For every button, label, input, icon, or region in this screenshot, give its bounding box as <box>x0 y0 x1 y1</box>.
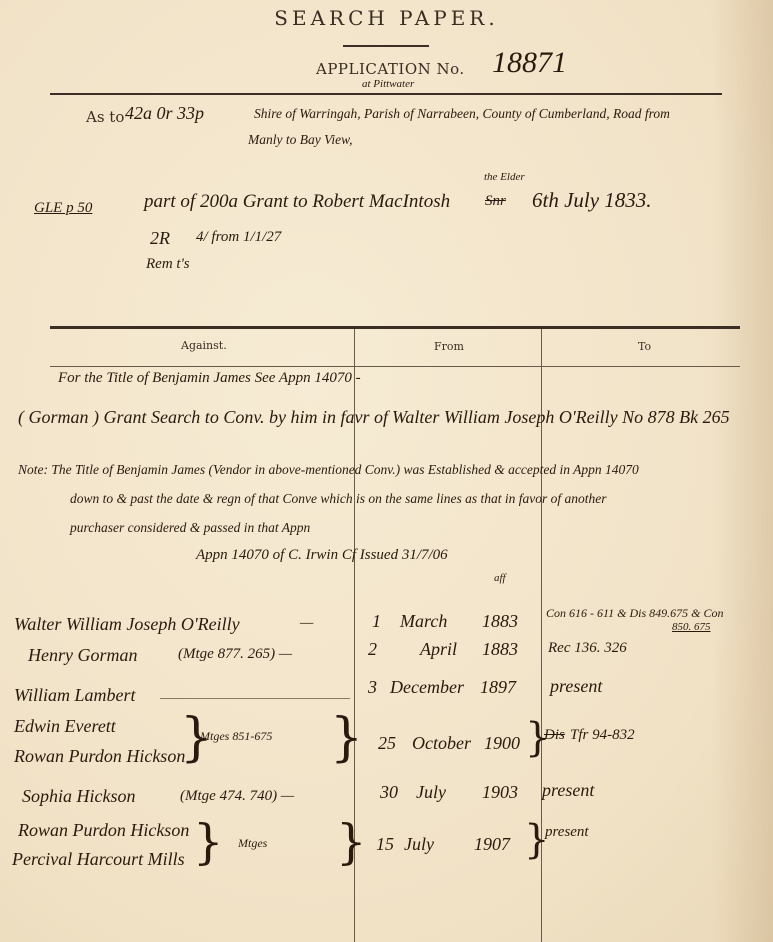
row-extra: — <box>300 615 313 632</box>
row-to: present <box>550 676 602 697</box>
row-extra: Mtges <box>238 836 267 851</box>
row-to: present <box>542 780 594 801</box>
note-line: purchaser considered & passed in that Ap… <box>70 520 310 536</box>
row-from-day: 25 <box>378 733 396 754</box>
table-top-rule <box>50 326 740 329</box>
row-to: Rec 136. 326 <box>548 640 627 657</box>
row-from-month: December <box>390 677 464 698</box>
column-header-to: To <box>638 340 651 353</box>
page-title: SEARCH PAPER. <box>0 6 773 30</box>
reference-line2-left: 2R <box>150 228 170 249</box>
note-line: down to & past the date & regn of that C… <box>70 491 606 507</box>
row-extra: Mtges 851-675 <box>200 729 272 744</box>
row-from-year: 1907 <box>474 834 510 855</box>
as-to-label: As to <box>86 108 124 126</box>
as-to-description-line1: Shire of Warringah, Parish of Narrabeen,… <box>254 106 670 122</box>
row-against: William Lambert <box>14 685 136 706</box>
as-to-area: 42a 0r 33p <box>125 103 204 124</box>
grant-struck: Snr <box>485 193 506 210</box>
application-location-note: at Pittwater <box>362 78 414 90</box>
row-to-struck: Dis <box>544 727 565 744</box>
row-from-year: 1897 <box>480 677 516 698</box>
grant-date: 6th July 1833. <box>532 188 652 213</box>
column-header-from: From <box>434 340 464 353</box>
row-against-2: Percival Harcourt Mills <box>12 849 185 870</box>
brace-right: } <box>330 712 363 764</box>
row-against-2: Rowan Purdon Hickson <box>14 746 185 767</box>
title-underline <box>343 45 429 47</box>
row-from-year: 1900 <box>484 733 520 754</box>
header-bottom-rule <box>50 366 740 367</box>
row-from-month: March <box>400 611 447 632</box>
row-from-day: 2 <box>368 639 377 660</box>
row-from-month: October <box>412 733 471 754</box>
row-from-year: 1903 <box>482 782 518 803</box>
brace-left: } <box>193 818 224 866</box>
row-fill-line <box>160 698 350 699</box>
column-header-against: Against. <box>181 339 227 352</box>
note-line: For the Title of Benjamin James See Appn… <box>58 370 361 387</box>
row-against: Walter William Joseph O'Reilly <box>14 614 240 635</box>
row-extra: (Mtge 877. 265) — <box>178 646 292 663</box>
row-to-sub: 850. 675 <box>672 621 711 633</box>
margin-reference: GLE p 50 <box>34 200 92 217</box>
as-to-description-line2: Manly to Bay View, <box>248 132 352 148</box>
header-rule <box>50 93 722 95</box>
note-line: aff <box>494 572 506 584</box>
row-against: Sophia Hickson <box>22 786 135 807</box>
row-from-month: April <box>420 639 457 660</box>
row-from-day: 15 <box>376 834 394 855</box>
row-against: Edwin Everett <box>14 716 116 737</box>
note-line: Note: The Title of Benjamin James (Vendo… <box>18 462 639 478</box>
grant-line: part of 200a Grant to Robert MacIntosh <box>144 191 450 213</box>
brace-right: } <box>336 818 367 866</box>
grant-insert: the Elder <box>484 171 525 183</box>
note-line: ( Gorman ) Grant Search to Conv. by him … <box>18 407 388 428</box>
row-from-day: 3 <box>368 677 377 698</box>
row-extra: (Mtge 474. 740) — <box>180 788 294 805</box>
note-line: Walter William Joseph O'Reilly No 878 Bk… <box>392 407 730 428</box>
row-from-month: July <box>404 834 434 855</box>
note-line: Appn 14070 of C. Irwin Cf Issued 31/7/06 <box>196 547 448 564</box>
row-from-day: 30 <box>380 782 398 803</box>
reference-line3: Rem t's <box>146 256 190 273</box>
row-from-month: July <box>416 782 446 803</box>
reference-line2-right: 4/ from 1/1/27 <box>196 229 281 246</box>
row-from-year: 1883 <box>482 639 518 660</box>
application-number: 18871 <box>492 46 567 80</box>
row-against: Henry Gorman <box>28 645 138 666</box>
row-to: Con 616 - 611 & Dis 849.675 & Con <box>546 606 723 621</box>
row-to: Tfr 94-832 <box>570 727 635 744</box>
row-from-year: 1883 <box>482 611 518 632</box>
row-against: Rowan Purdon Hickson <box>18 820 189 841</box>
row-to: present <box>545 824 589 841</box>
application-label: APPLICATION No. <box>316 60 465 78</box>
row-from-day: 1 <box>372 611 381 632</box>
